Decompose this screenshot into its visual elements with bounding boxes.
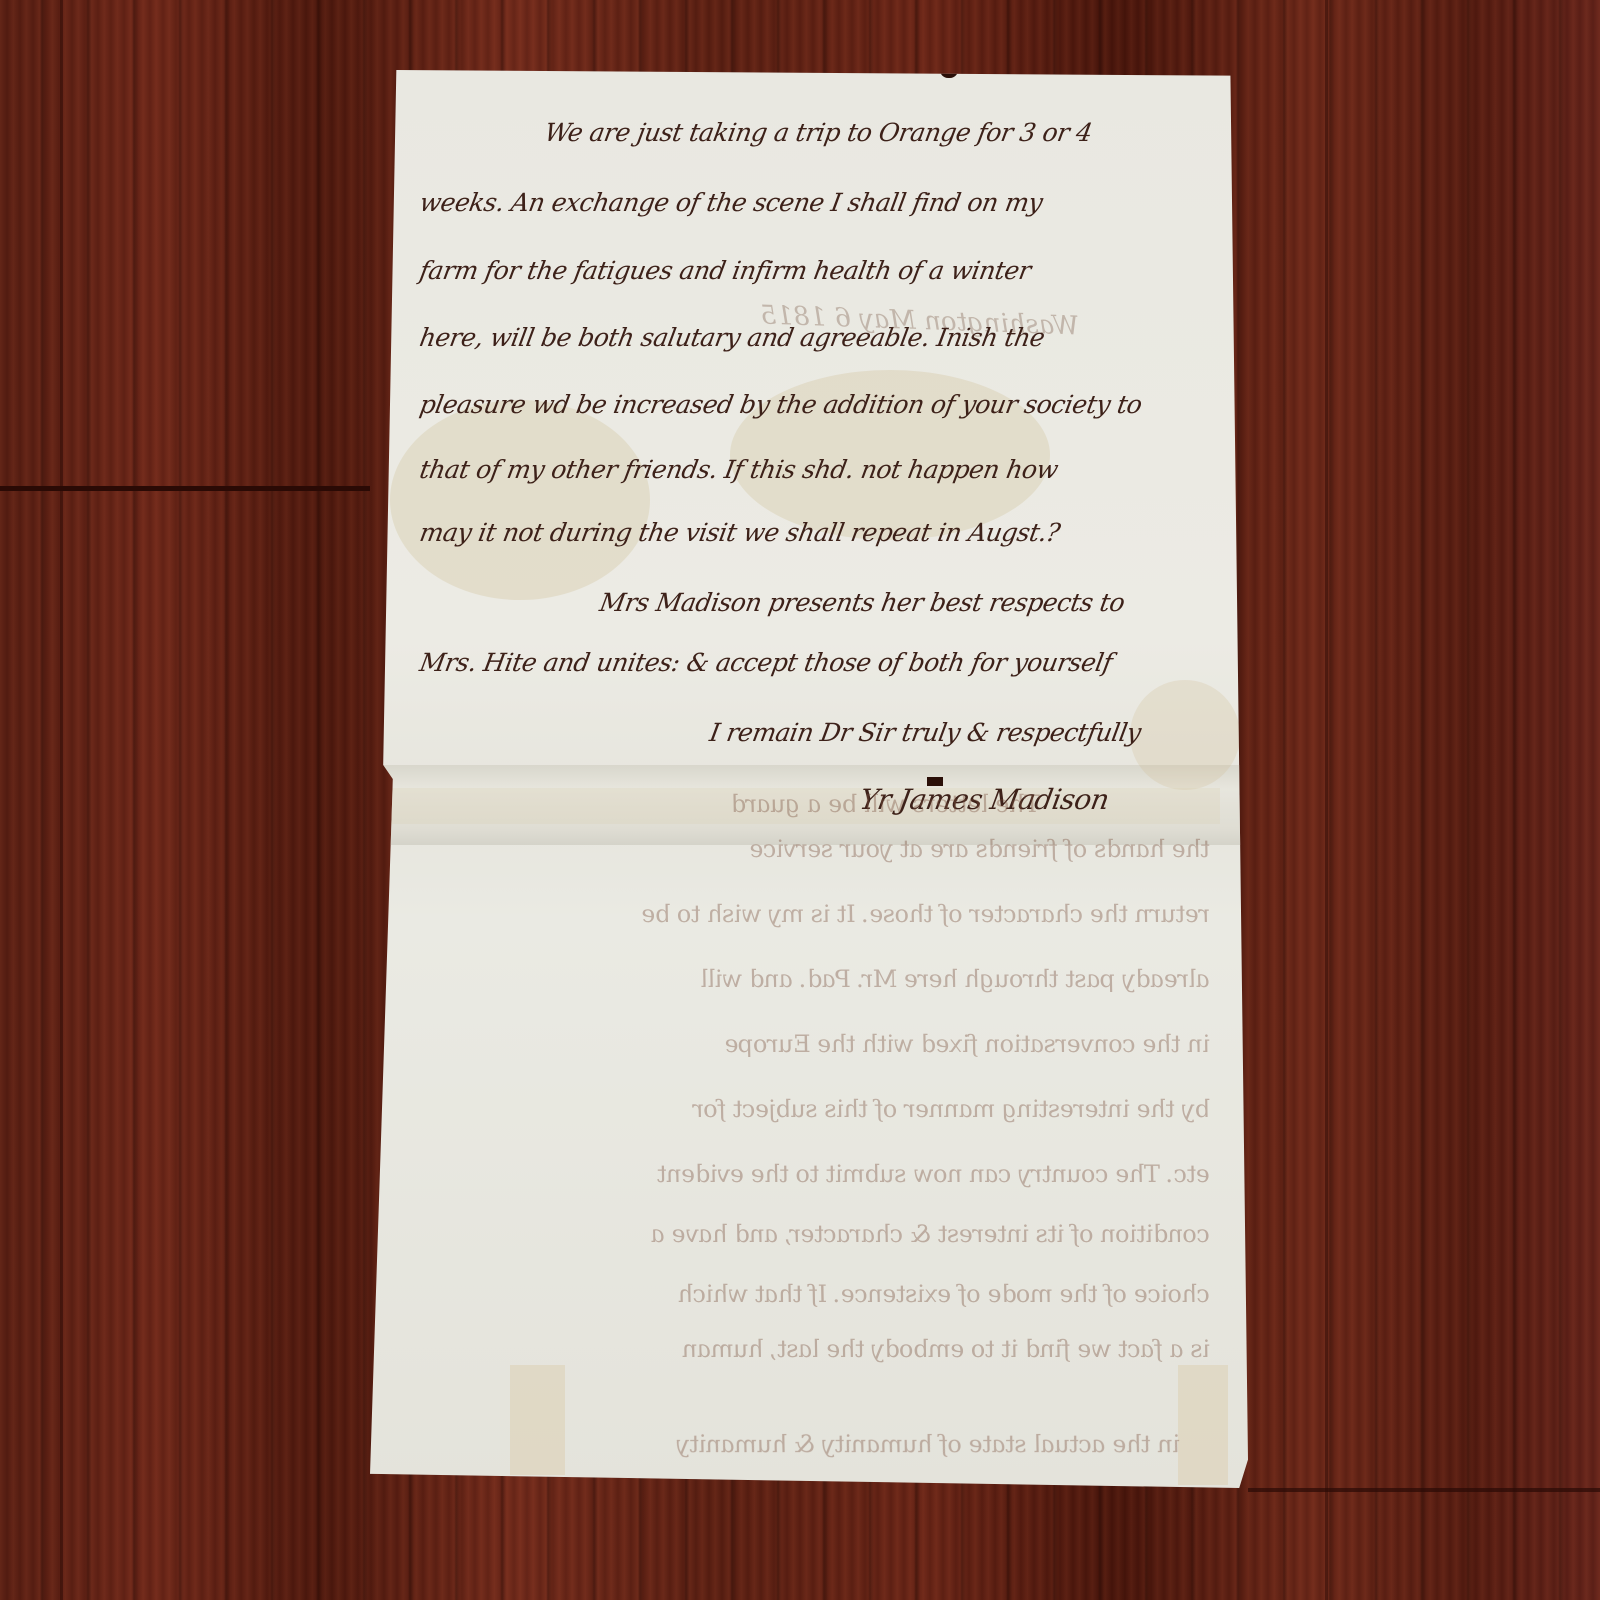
letter-line: Mrs. Hite and unites: & accept those of … <box>417 648 1114 677</box>
bleed-line: is a fact we find it to embody the last,… <box>680 1335 1212 1363</box>
bleed-line: the hands of friends are at your service <box>747 835 1212 863</box>
stain <box>390 400 650 600</box>
letter-line: that of my other friends. If this shd. n… <box>417 455 1060 484</box>
letter-line: may it not during the visit we shall rep… <box>417 518 1062 547</box>
bleed-line: The letters will be a guard <box>729 790 1043 818</box>
bleed-line: by the interesting manner of this subjec… <box>691 1095 1213 1123</box>
letter-line: weeks. An exchange of the scene I shall … <box>417 188 1044 217</box>
bleed-line: already past through here Mr. Pad. and w… <box>698 965 1212 993</box>
bleed-line: in the actual state of humanity & humani… <box>674 1430 1182 1458</box>
letter-line: pleasure wd be increased by the addition… <box>417 390 1144 419</box>
floorboard-seam <box>1325 0 1328 1600</box>
tape-repair <box>1178 1365 1228 1485</box>
letter-line: Mrs Madison presents her best respects t… <box>597 588 1126 617</box>
letter-line: here, will be both salutary and agreeabl… <box>417 323 1046 352</box>
bleed-line: etc. The country can now submit to the e… <box>655 1160 1212 1188</box>
floorboard-seam <box>0 486 370 491</box>
paper-tear <box>940 68 958 78</box>
tape-repair <box>510 1365 565 1475</box>
floorboard-seam <box>60 0 63 1600</box>
stain <box>1130 680 1240 790</box>
letter-line: We are just taking a trip to Orange for … <box>542 118 1094 147</box>
letter-closing: I remain Dr Sir truly & respectfully <box>707 718 1143 747</box>
floorboard-seam <box>1248 1488 1600 1492</box>
bleed-line: choice of the mode of existence. If that… <box>676 1280 1213 1308</box>
bleed-line: in the conversation fixed with the Europ… <box>723 1030 1213 1058</box>
letter-line: farm for the fatigues and infirm health … <box>417 256 1033 285</box>
bleed-line: return the character of those. It is my … <box>639 900 1212 928</box>
bleed-line: condition of its interest & character, a… <box>649 1220 1213 1248</box>
